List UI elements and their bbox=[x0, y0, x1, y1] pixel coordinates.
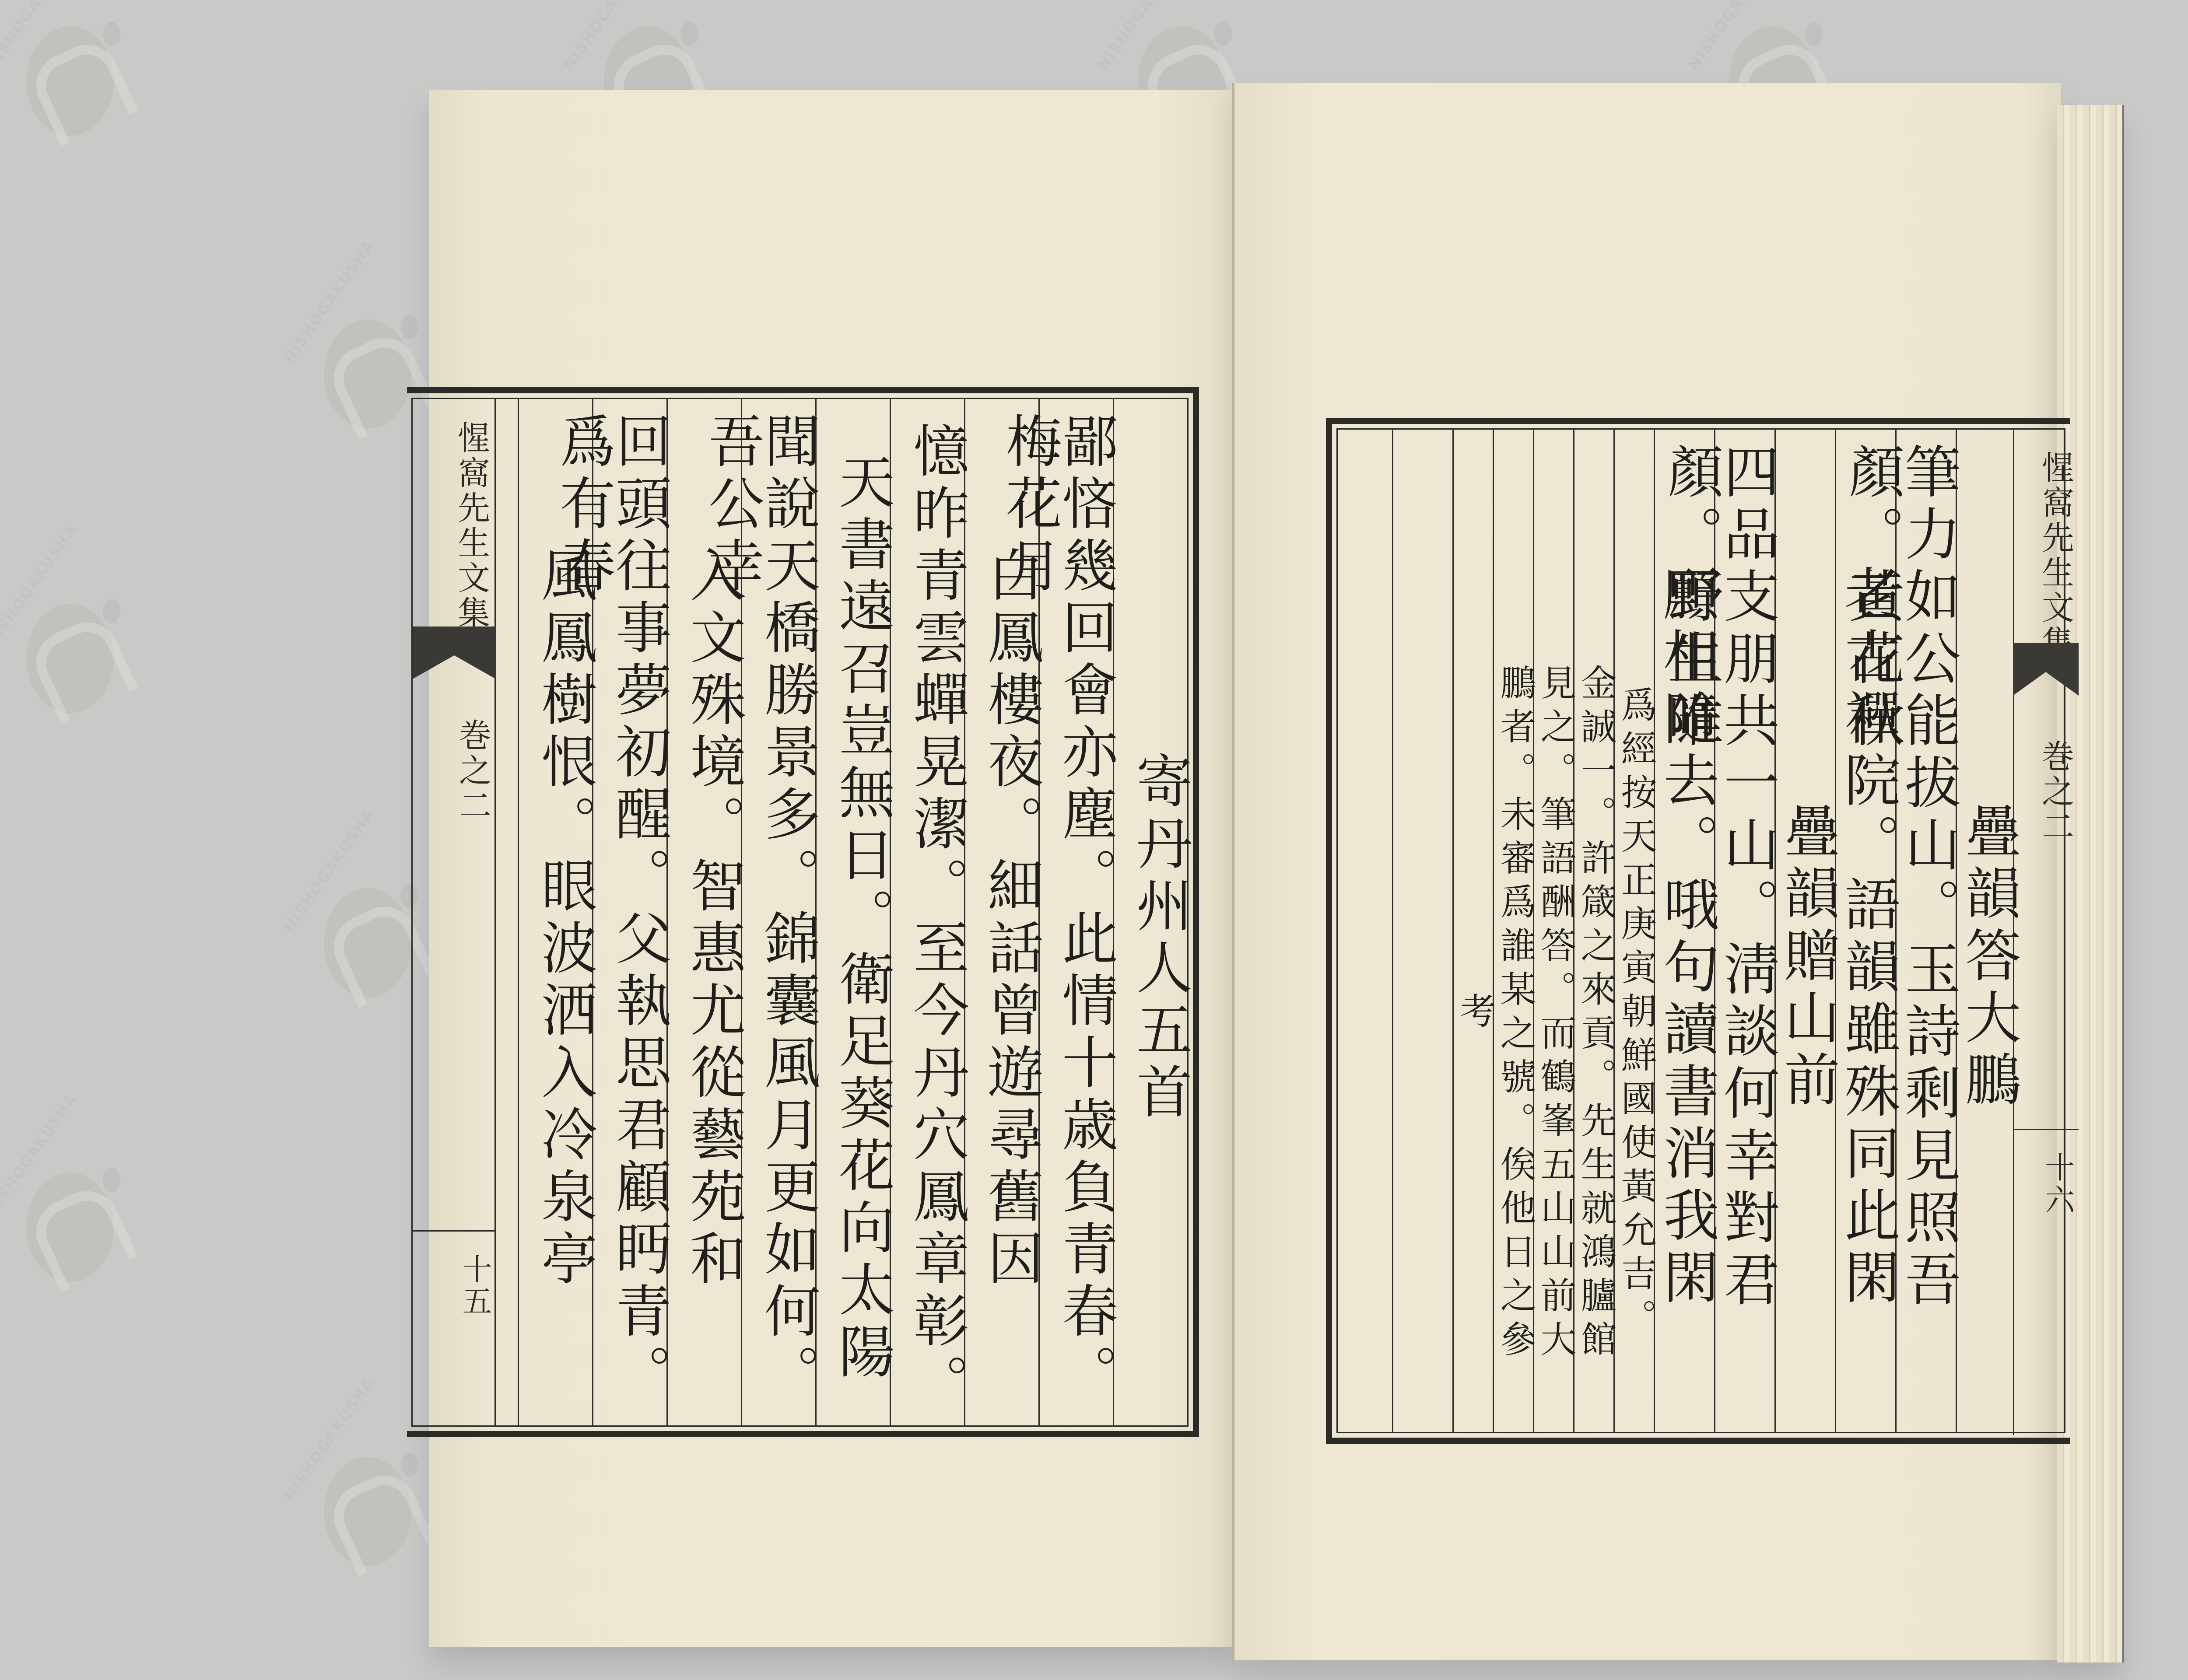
verse-column: 回頭往事夢初醒。父執思君顧眄青。爲有春 bbox=[592, 399, 666, 1425]
nishogakusha-logo-icon: NISHOGAKUSHA bbox=[9, 1155, 123, 1286]
nishogakusha-logo-icon: NISHOGAKUSHA bbox=[306, 302, 420, 433]
poem-title-column: 疊韻贈山前 bbox=[1774, 430, 1835, 1432]
verse-column: 聞說天橋勝景多。錦囊風月更如何。吾公幸 bbox=[741, 399, 815, 1425]
left-frame-inner-border: 寄丹州人五首鄙悋幾回會亦塵。此情十歳負青春。梅花月白鳳樓夜。細話曾遊尋舊因憶昨青… bbox=[411, 398, 1189, 1427]
left-text-columns: 寄丹州人五首鄙悋幾回會亦塵。此情十歳負青春。梅花月白鳳樓夜。細話曾遊尋舊因憶昨青… bbox=[496, 399, 1187, 1425]
verse-column: 天書遠召豈無日。衛足葵花向太陽 bbox=[815, 399, 890, 1425]
right-fold-title: 惺窩先生文集 bbox=[2037, 451, 2074, 661]
annotation-column: 鵬者。未審爲誰某之號。俟他日之參 bbox=[1493, 430, 1533, 1432]
verse-column: 老古禪院。語韻雖殊同此閑 bbox=[1835, 430, 1895, 1432]
verse-column: 四品支朋共一山。淸談何幸對君顏。野生唯 bbox=[1714, 430, 1774, 1432]
book-gutter bbox=[1232, 83, 1234, 1662]
poem-title-column: 寄丹州人五首 bbox=[1113, 399, 1187, 1425]
annotation-column: 金誠一。許箴之來貢。先生就鴻臚館 bbox=[1573, 430, 1613, 1432]
right-printed-frame: 疊韻答大鵬筆力如公能拔山。玉詩剩見照吾顏。黃花秋老古禪院。語韻雖殊同此閑疊韻贈山… bbox=[1326, 418, 2070, 1444]
verse-column: 鄙悋幾回會亦塵。此情十歳負青春。梅花月 bbox=[1038, 399, 1113, 1425]
verse-column: 入文殊境。智惠尤從藝苑和 bbox=[666, 399, 741, 1425]
left-printed-frame: 寄丹州人五首鄙悋幾回會亦塵。此情十歳負青春。梅花月白鳳樓夜。細話曾遊尋舊因憶昨青… bbox=[407, 387, 1199, 1437]
verse-column: 風鳳樹恨。眼波洒入冷泉亭 bbox=[518, 399, 592, 1425]
nishogakusha-logo-icon: NISHOGAKUSHA bbox=[9, 586, 123, 717]
poem-title-column: 疊韻答大鵬 bbox=[1956, 430, 2016, 1432]
verse-column: 筆力如公能拔山。玉詩剩見照吾顏。黃花秋 bbox=[1895, 430, 1956, 1432]
annotation-column: 爲經按天正庚寅朝鮮國使黃允吉。 bbox=[1613, 430, 1654, 1432]
annotation-column: 考 bbox=[1452, 430, 1493, 1432]
annotation-column: 見之。筆語酬答。而鶴峯五山山前大 bbox=[1533, 430, 1573, 1432]
right-frame-inner-border: 疊韻答大鵬筆力如公能拔山。玉詩剩見照吾顏。黃花秋老古禪院。語韻雖殊同此閑疊韻贈山… bbox=[1336, 428, 2065, 1433]
nishogakusha-logo-icon: NISHOGAKUSHA bbox=[9, 9, 123, 140]
verse-column bbox=[1392, 430, 1452, 1432]
right-fold-volume: 巻之二 bbox=[2013, 717, 2079, 936]
verse-column: 憶昨青雲蟬晃潔。至今丹穴鳳章彰。 bbox=[890, 399, 964, 1425]
nishogakusha-logo-icon: NISHOGAKUSHA bbox=[306, 871, 420, 1002]
left-fold-title: 惺窩先生文集 bbox=[452, 421, 490, 631]
verse-column: 白鳳樓夜。細話曾遊尋舊因 bbox=[964, 399, 1038, 1425]
nishogakusha-logo-icon: NISHOGAKUSHA bbox=[306, 1439, 420, 1571]
verse-column: 願相隨去。哦句讀書消我閑 bbox=[1654, 430, 1714, 1432]
right-text-columns: 疊韻答大鵬筆力如公能拔山。玉詩剩見照吾顏。黃花秋老古禪院。語韻雖殊同此閑疊韻贈山… bbox=[1338, 430, 2016, 1432]
right-page-number: 十六 bbox=[2013, 1129, 2079, 1304]
left-page-number: 十五 bbox=[413, 1230, 496, 1425]
